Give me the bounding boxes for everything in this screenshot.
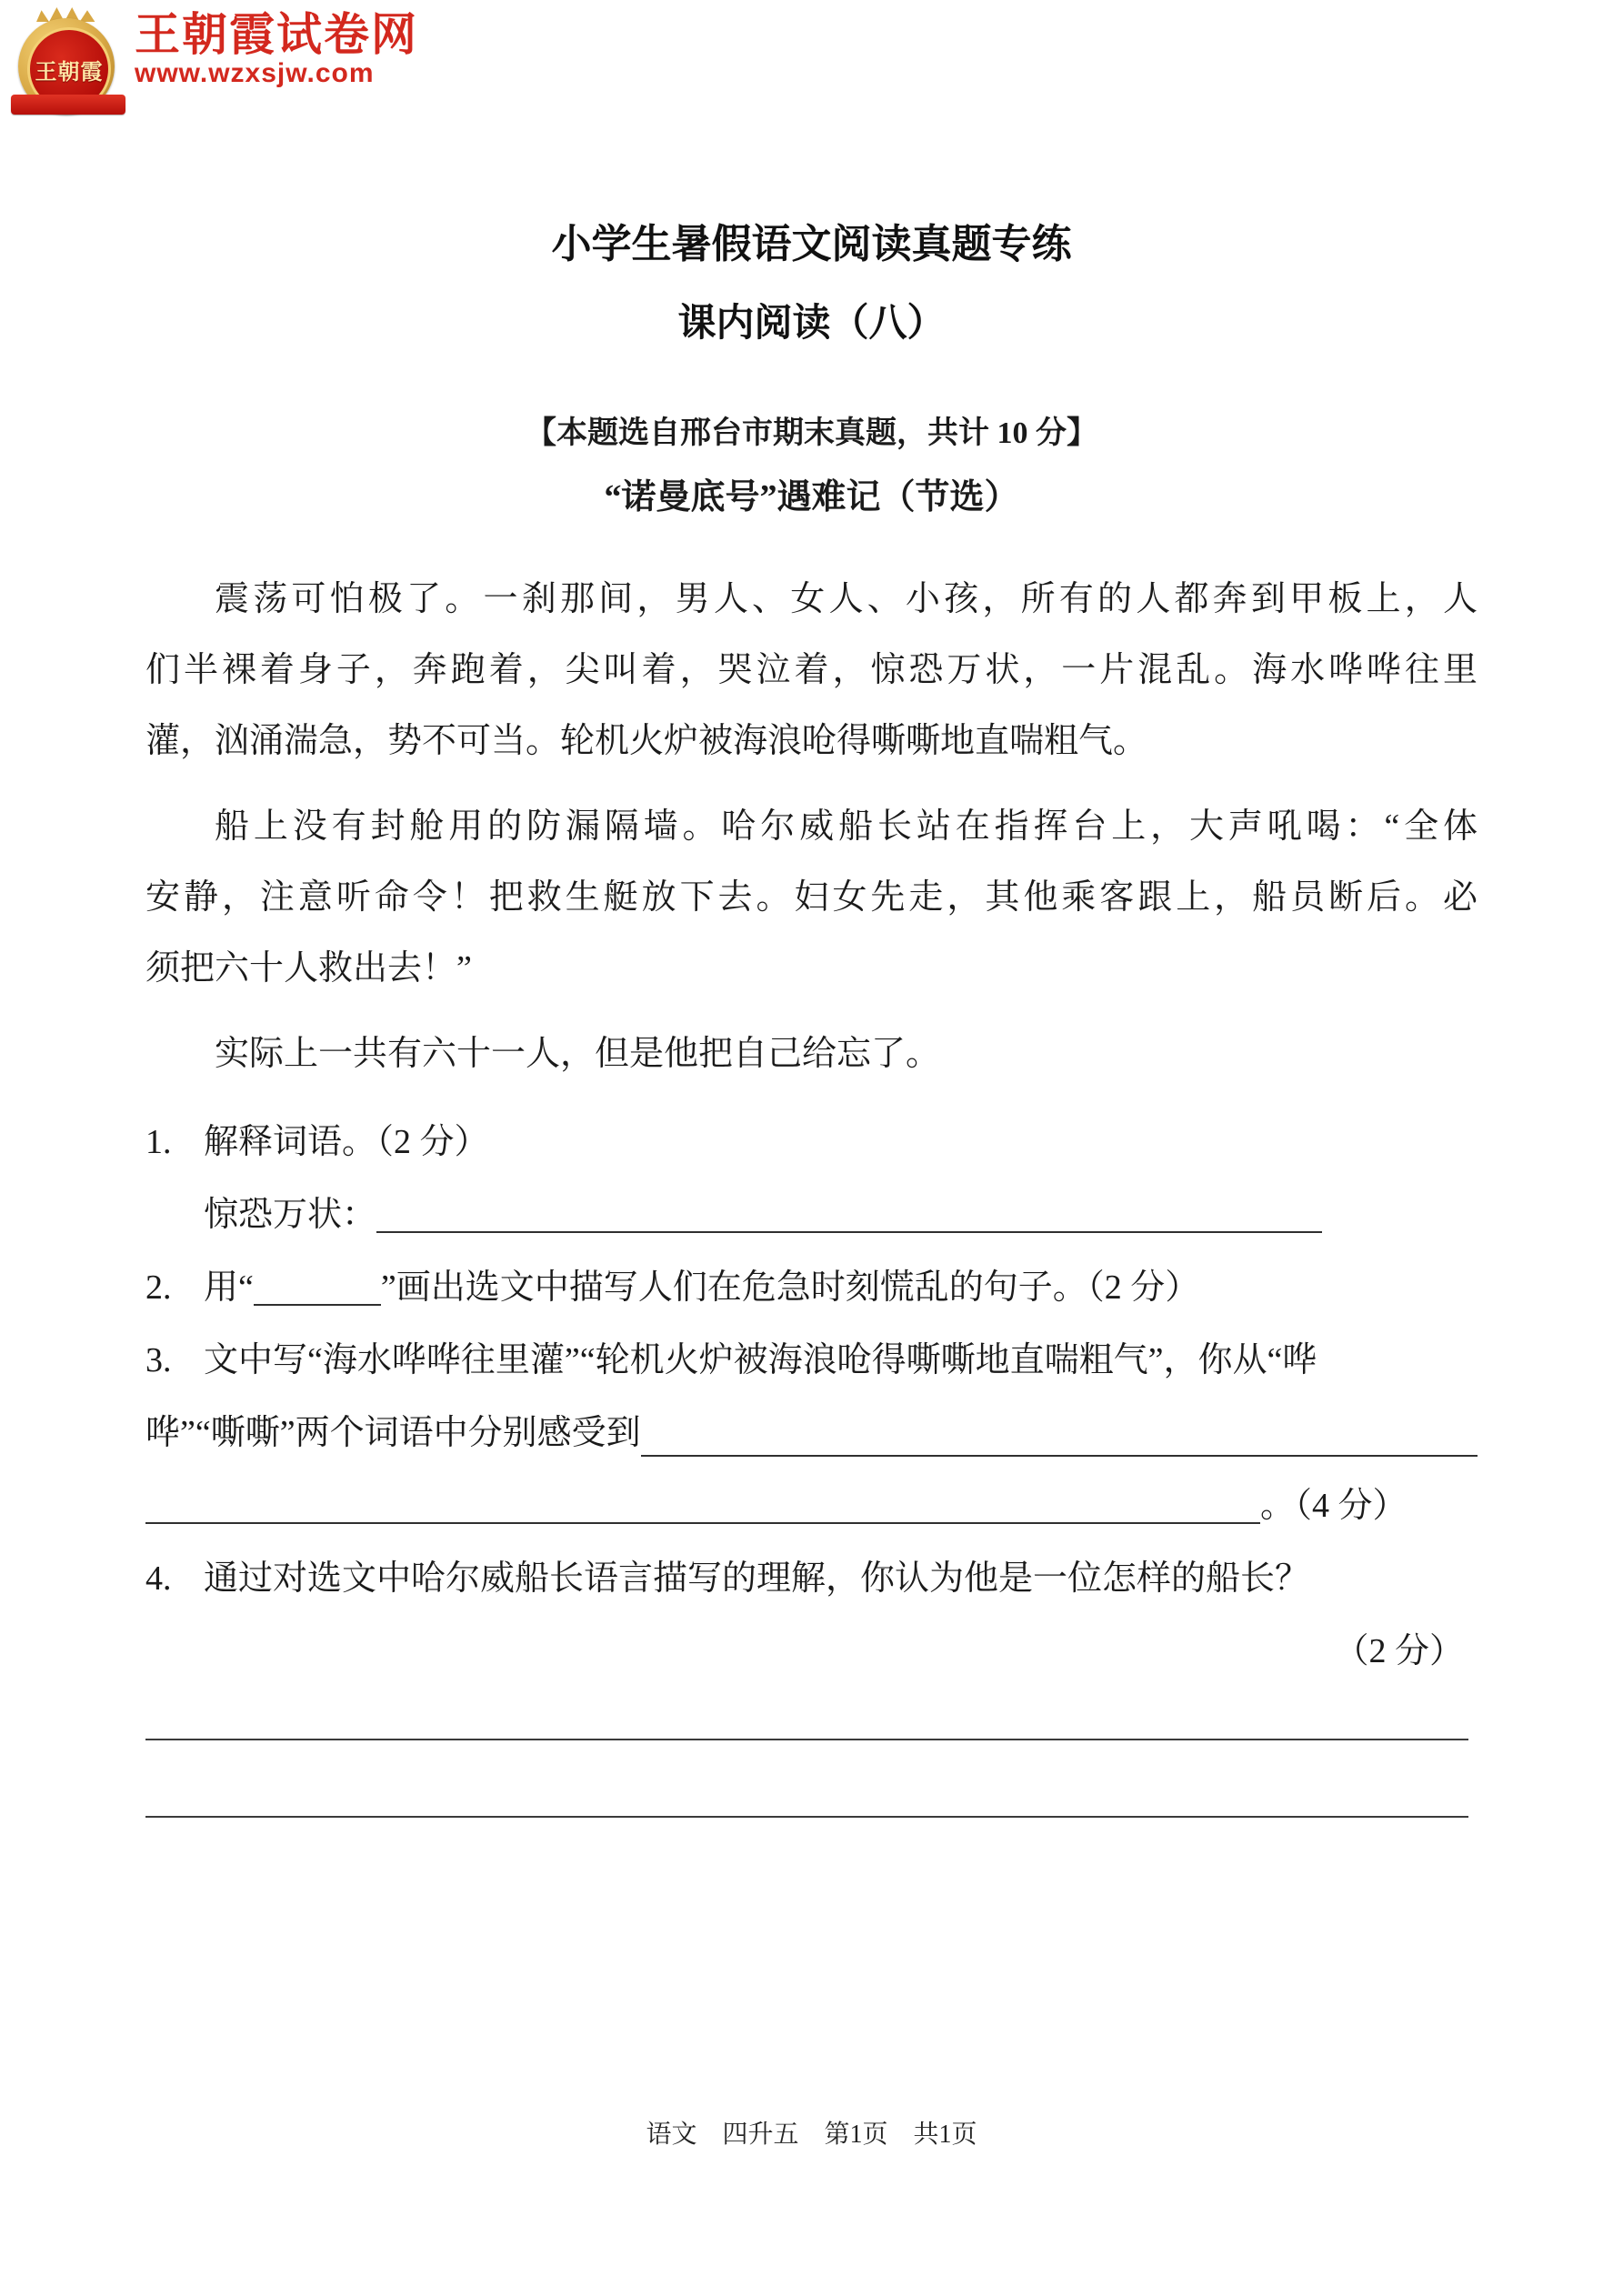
passage-line: 须把六十人救出去！”: [145, 933, 1478, 1004]
passage-line: 震荡可怕极了。一刹那间，男人、女人、小孩，所有的人都奔到甲板上，人: [145, 564, 1478, 635]
question-3-line-3: 。（4 分）: [145, 1469, 1478, 1542]
source-note: 【本题选自邢台市期末真题，共计 10 分】: [145, 413, 1478, 455]
question-3-blank-b: [145, 1486, 1260, 1524]
question-3-number: 3.: [145, 1324, 204, 1397]
passage-paragraph: 实际上一共有六十一人，但是他把自己给忘了。: [145, 1018, 1478, 1089]
question-2-inline-blank: [254, 1268, 381, 1306]
passage-body: 震荡可怕极了。一刹那间，男人、女人、小孩，所有的人都奔到甲板上，人们半裸着身子，…: [145, 564, 1478, 1089]
question-2-number: 2.: [145, 1251, 204, 1324]
question-1-answer-row: 惊恐万状：: [145, 1178, 1478, 1251]
passage-line: 实际上一共有六十一人，但是他把自己给忘了。: [145, 1018, 1478, 1089]
worksheet-page: 王朝霞 王朝霞试卷网 www.wzxsjw.com 小学生暑假语文阅读真题专练 …: [0, 0, 1623, 2296]
worksheet-subtitle: 课内阅读（八）: [145, 296, 1478, 349]
questions-section: 1.解释词语。（2 分） 惊恐万状： 2.用“”画出选文中描写人们在危急时刻慌乱…: [145, 1106, 1478, 1818]
answer-line-1: [145, 1688, 1468, 1740]
question-2-text-pre: 用“: [204, 1268, 254, 1307]
question-3-text-2: 哗”“嘶嘶”两个词语中分别感受到: [145, 1397, 641, 1469]
question-2-text-post: ”画出选文中描写人们在危急时刻慌乱的句子。（2 分）: [381, 1268, 1199, 1307]
question-1-blank: [376, 1195, 1322, 1233]
question-4-text: 通过对选文中哈尔威船长语言描写的理解，你认为他是一位怎样的船长？: [204, 1559, 1309, 1598]
question-3-text-1: 文中写“海水哗哗往里灌”“轮机火炉被海浪呛得嘶嘶地直喘粗气”，你从“哗: [204, 1341, 1317, 1379]
passage-paragraph: 震荡可怕极了。一刹那间，男人、女人、小孩，所有的人都奔到甲板上，人们半裸着身子，…: [145, 564, 1478, 777]
question-3-line-2: 哗”“嘶嘶”两个词语中分别感受到: [145, 1397, 1478, 1469]
question-1-number: 1.: [145, 1106, 204, 1178]
passage-line: 们半裸着身子，奔跑着，尖叫着，哭泣着，惊恐万状，一片混乱。海水哗哗往里: [145, 635, 1478, 706]
answer-line-2: [145, 1740, 1468, 1818]
question-4: 4.通过对选文中哈尔威船长语言描写的理解，你认为他是一位怎样的船长？: [145, 1542, 1478, 1615]
passage-title: “诺曼底号”遇难记（节选）: [145, 475, 1478, 520]
passage-line: 安静，注意听命令！把救生艇放下去。妇女先走，其他乘客跟上，船员断后。必: [145, 862, 1478, 933]
worksheet-title: 小学生暑假语文阅读真题专练: [145, 218, 1478, 271]
question-1: 1.解释词语。（2 分）: [145, 1106, 1478, 1178]
question-2: 2.用“”画出选文中描写人们在危急时刻慌乱的句子。（2 分）: [145, 1251, 1478, 1324]
question-3-line-1: 3.文中写“海水哗哗往里灌”“轮机火炉被海浪呛得嘶嘶地直喘粗气”，你从“哗: [145, 1324, 1478, 1397]
question-1-text: 解释词语。（2 分）: [204, 1123, 489, 1161]
question-1-term: 惊恐万状：: [204, 1196, 376, 1234]
passage-paragraph: 船上没有封舱用的防漏隔墙。哈尔威船长站在指挥台上，大声吼喝：“全体安静，注意听命…: [145, 791, 1478, 1004]
page-footer: 语文 四升五 第1页 共1页: [0, 2114, 1623, 2151]
passage-line: 船上没有封舱用的防漏隔墙。哈尔威船长站在指挥台上，大声吼喝：“全体: [145, 791, 1478, 862]
worksheet-content: 小学生暑假语文阅读真题专练 课内阅读（八） 【本题选自邢台市期末真题，共计 10…: [0, 0, 1623, 1818]
question-3-score: 。（4 分）: [1260, 1487, 1408, 1525]
question-4-score: （2 分）: [145, 1615, 1478, 1688]
question-3-blank-a: [641, 1455, 1478, 1457]
passage-line: 灌，汹涌湍急，势不可当。轮机火炉被海浪呛得嘶嘶地直喘粗气。: [145, 706, 1478, 777]
question-4-number: 4.: [145, 1542, 204, 1615]
